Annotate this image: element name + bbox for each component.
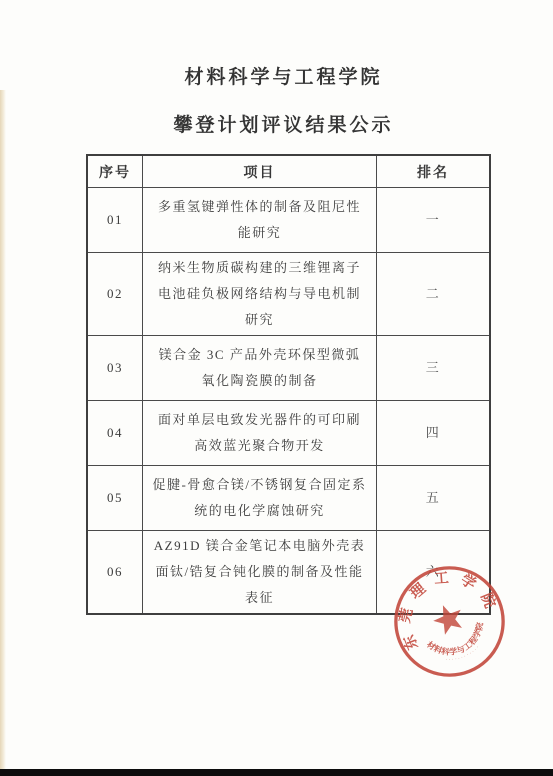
project-cell: 面对单层电致发光器件的可印刷高效蓝光聚合物开发 bbox=[143, 401, 377, 466]
table-row: 01 多重氢键弹性体的制备及阻尼性能研究 一 bbox=[87, 188, 490, 253]
table-header-row: 序号 项目 排名 bbox=[87, 155, 490, 188]
header-serial-number: 序号 bbox=[87, 155, 143, 188]
document-title-line1: 材料科学与工程学院 bbox=[86, 62, 481, 89]
serial-number-cell: 05 bbox=[87, 466, 143, 531]
serial-number-cell: 06 bbox=[87, 531, 143, 615]
project-cell: 促腱-骨愈合镁/不锈钢复合固定系统的电化学腐蚀研究 bbox=[143, 466, 377, 531]
seal-star-icon bbox=[429, 600, 467, 637]
scan-artifact-left-edge bbox=[0, 90, 6, 776]
serial-number-cell: 04 bbox=[87, 401, 143, 466]
project-cell: 纳米生物质碳构建的三维锂离子电池硅负极网络结构与导电机制研究 bbox=[143, 253, 377, 336]
rank-cell: 一 bbox=[377, 188, 491, 253]
header-rank: 排名 bbox=[377, 155, 491, 188]
rank-cell: 四 bbox=[377, 401, 491, 466]
serial-number-cell: 03 bbox=[87, 336, 143, 401]
table-row: 03 镁合金 3C 产品外壳环保型微弧氧化陶瓷膜的制备 三 bbox=[87, 336, 490, 401]
rank-cell: 二 bbox=[377, 253, 491, 336]
document-content: 材料科学与工程学院 攀登计划评议结果公示 序号 项目 排名 01 多重氢键弹性体… bbox=[86, 0, 481, 615]
table-row: 04 面对单层电致发光器件的可印刷高效蓝光聚合物开发 四 bbox=[87, 401, 490, 466]
project-cell: 镁合金 3C 产品外壳环保型微弧氧化陶瓷膜的制备 bbox=[143, 336, 377, 401]
rank-cell: 三 bbox=[377, 336, 491, 401]
header-project: 项目 bbox=[143, 155, 377, 188]
table-row: 05 促腱-骨愈合镁/不锈钢复合固定系统的电化学腐蚀研究 五 bbox=[87, 466, 490, 531]
project-cell: AZ91D 镁合金笔记本电脑外壳表面钛/锆复合钝化膜的制备及性能表征 bbox=[143, 531, 377, 615]
scan-artifact-bottom-edge bbox=[0, 769, 553, 776]
document-title-line2: 攀登计划评议结果公示 bbox=[86, 110, 481, 137]
serial-number-cell: 02 bbox=[87, 253, 143, 336]
scanned-document-page: 材料科学与工程学院 攀登计划评议结果公示 序号 项目 排名 01 多重氢键弹性体… bbox=[0, 0, 553, 776]
serial-number-cell: 01 bbox=[87, 188, 143, 253]
table-row: 02 纳米生物质碳构建的三维锂离子电池硅负极网络结构与导电机制研究 二 bbox=[87, 253, 490, 336]
review-results-table: 序号 项目 排名 01 多重氢键弹性体的制备及阻尼性能研究 一 02 纳米生物质… bbox=[86, 154, 491, 615]
project-cell: 多重氢键弹性体的制备及阻尼性能研究 bbox=[143, 188, 377, 253]
rank-cell: 五 bbox=[377, 466, 491, 531]
